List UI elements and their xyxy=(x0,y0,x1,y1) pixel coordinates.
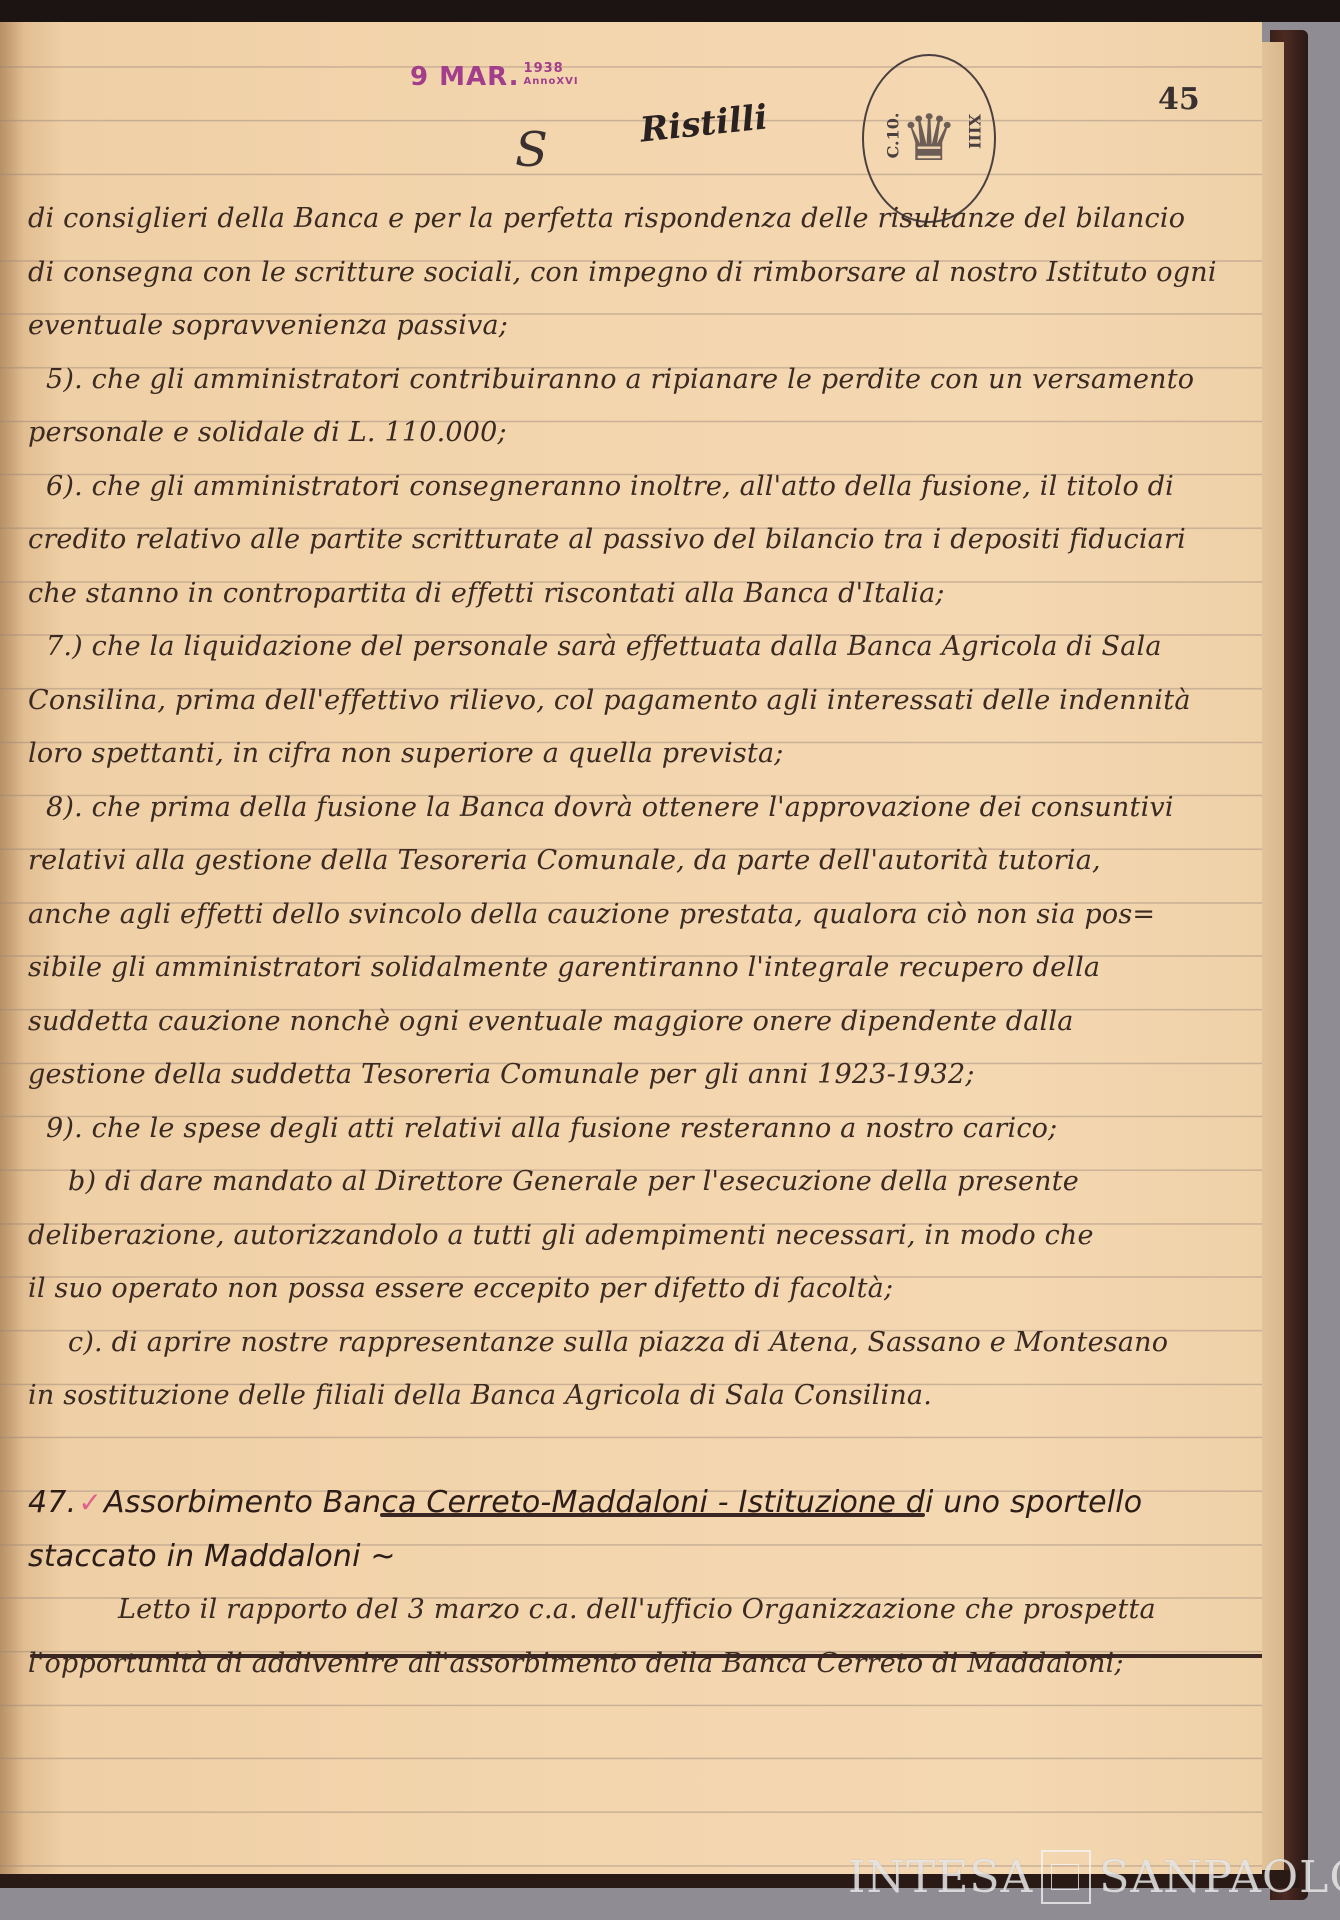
handwritten-text: di consiglieri della Banca e per la perf… xyxy=(28,192,1258,1690)
text-line: 9). che le spese degli atti relativi all… xyxy=(28,1102,1258,1156)
watermark-left: INTESA xyxy=(848,1852,1033,1903)
initial-mark: S xyxy=(515,122,548,178)
text-line: in sostituzione delle filiali della Banc… xyxy=(28,1369,1258,1423)
watermark: INTESA SANPAOLO xyxy=(848,1850,1340,1904)
text-line: 7.) che la liquidazione del personale sa… xyxy=(28,620,1258,674)
date-stamp-era: AnnoXVI xyxy=(524,75,579,88)
blank-line xyxy=(28,1423,1258,1477)
text-line: che stanno in contropartita di effetti r… xyxy=(28,567,1258,621)
allegorical-figure-icon: ♛ xyxy=(900,102,957,176)
text-line: 8). che prima della fusione la Banca dov… xyxy=(28,781,1258,835)
text-line: personale e solidale di L. 110.000; xyxy=(28,406,1258,460)
text-line: sibile gli amministratori solidalmente g… xyxy=(28,941,1258,995)
date-stamp-year: 1938 xyxy=(524,62,579,75)
text-line: c). di aprire nostre rappresentanze sull… xyxy=(28,1316,1258,1370)
section-divider-bottom xyxy=(30,1654,1262,1658)
section-heading-line-1: 47.✓Assorbimento Banca Cerreto-Maddaloni… xyxy=(28,1476,1258,1530)
text-line: il suo operato non possa essere eccepito… xyxy=(28,1262,1258,1316)
seal-right-text: XIII xyxy=(965,114,984,149)
text-line: loro spettanti, in cifra non superiore a… xyxy=(28,727,1258,781)
section-divider-top xyxy=(380,1513,925,1517)
text-line: 5). che gli amministratori contribuirann… xyxy=(28,353,1258,407)
text-line: b) di dare mandato al Direttore Generale… xyxy=(28,1155,1258,1209)
section-number: 47. xyxy=(28,1485,76,1520)
date-stamp-day-month: 9 MAR. xyxy=(410,62,520,92)
text-line: anche agli effetti dello svincolo della … xyxy=(28,888,1258,942)
text-line: eventuale sopravvenienza passiva; xyxy=(28,299,1258,353)
ledger-page: 9 MAR. 1938 AnnoXVI S Ristilli C.10. ♛ X… xyxy=(0,22,1262,1874)
text-line: gestione della suddetta Tesoreria Comuna… xyxy=(28,1048,1258,1102)
book-top-shadow xyxy=(0,0,1340,22)
page-number: 45 xyxy=(1158,82,1200,117)
text-line: suddetta cauzione nonchè ogni eventuale … xyxy=(28,995,1258,1049)
section-heading-line-2: staccato in Maddaloni ~ xyxy=(28,1530,1258,1584)
text-line: di consegna con le scritture sociali, co… xyxy=(28,246,1258,300)
text-line: di consiglieri della Banca e per la perf… xyxy=(28,192,1258,246)
text-line: credito relativo alle partite scritturat… xyxy=(28,513,1258,567)
text-line: relativi alla gestione della Tesoreria C… xyxy=(28,834,1258,888)
text-line: deliberazione, autorizzandolo a tutti gl… xyxy=(28,1209,1258,1263)
text-line: l'opportunità di addivenire all'assorbim… xyxy=(28,1637,1258,1691)
text-line: 6). che gli amministratori consegneranno… xyxy=(28,460,1258,514)
text-line: Letto il rapporto del 3 marzo c.a. dell'… xyxy=(28,1583,1258,1637)
watermark-right: SANPAOLO xyxy=(1099,1852,1340,1903)
date-stamp: 9 MAR. 1938 AnnoXVI xyxy=(410,62,579,92)
bank-logo-icon xyxy=(1041,1850,1091,1904)
check-mark-icon: ✓ xyxy=(78,1486,102,1519)
text-line: Consilina, prima dell'effettivo rilievo,… xyxy=(28,674,1258,728)
